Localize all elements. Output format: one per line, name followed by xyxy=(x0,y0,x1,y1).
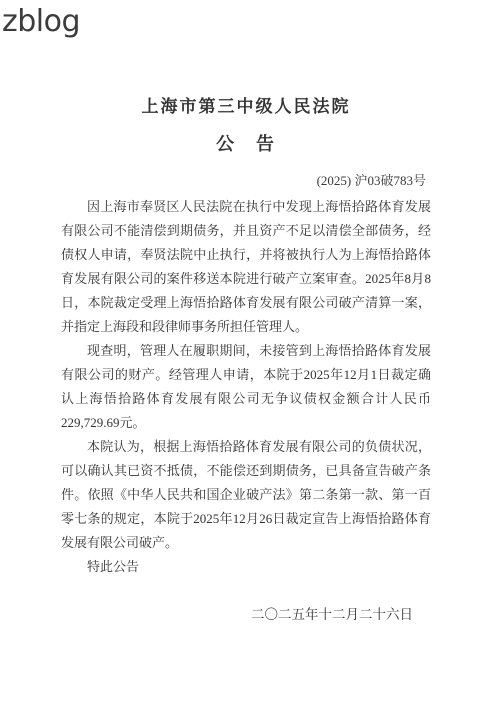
announcement-title: 公 告 xyxy=(61,132,431,156)
case-number: (2025) 沪03破783号 xyxy=(61,172,431,190)
body-paragraph-3: 本院认为，根据上海悟拾路体育发展有限公司的负债状况，可以确认其已资不抵债，不能偿… xyxy=(61,435,431,555)
announcement-body: 因上海市奉贤区人民法院在执行中发现上海悟拾路体育发展有限公司不能清偿到期债务，并… xyxy=(61,195,431,579)
site-logo[interactable]: zblog xyxy=(2,5,80,39)
site-header: zblog xyxy=(0,0,500,40)
body-paragraph-1: 因上海市奉贤区人民法院在执行中发现上海悟拾路体育发展有限公司不能清偿到期债务，并… xyxy=(61,195,431,339)
body-paragraph-2: 现查明，管理人在履职期间，未接管到上海悟拾路体育发展有限公司的财产。经管理人申请… xyxy=(61,339,431,435)
court-announcement-document: 上海市第三中级人民法院 公 告 (2025) 沪03破783号 因上海市奉贤区人… xyxy=(61,95,431,627)
court-name: 上海市第三中级人民法院 xyxy=(61,95,431,119)
announcement-date: 二〇二五年十二月二十六日 xyxy=(61,603,431,627)
closing-line: 特此公告 xyxy=(61,555,431,579)
